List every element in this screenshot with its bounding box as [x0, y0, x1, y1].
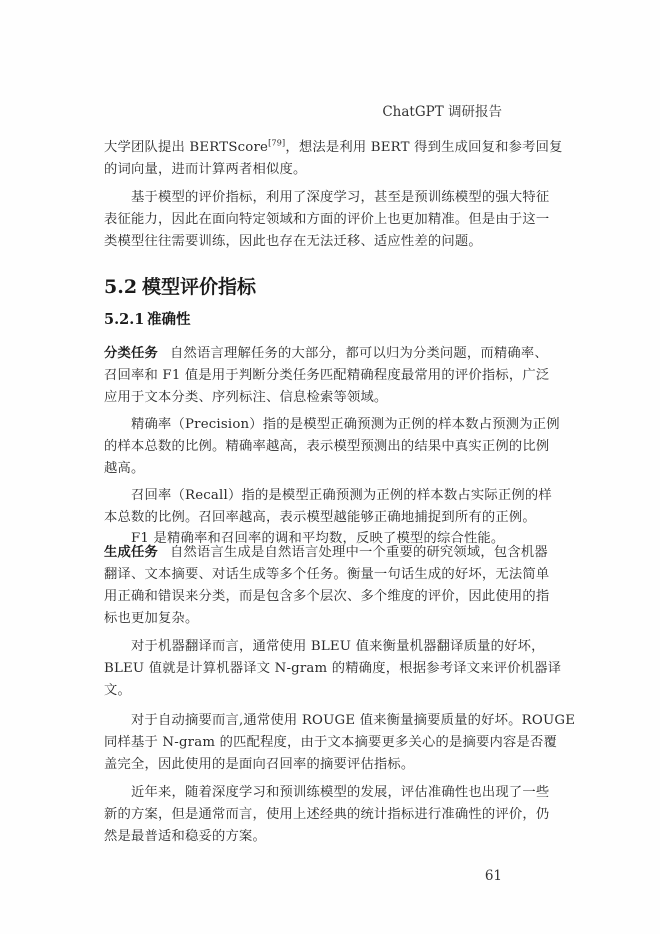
section-number: 5.2	[104, 276, 142, 298]
paragraph-label: 分类任务	[104, 346, 158, 361]
section-title: 模型评价指标	[142, 276, 256, 298]
text-span: 自然语言理解任务的大部分，都可以归为分类问题，而精确率、	[170, 346, 548, 361]
text-line: 对于机器翻译而言，通常使用 BLEU 值来衡量机器翻译质量的好坏，	[131, 638, 504, 656]
text-line: 基于模型的评价指标，利用了深度学习，甚至是预训练模型的强大特征	[131, 189, 504, 207]
page-number: 61	[485, 868, 502, 884]
text-line: 的词向量，进而计算两者相似度。	[104, 161, 504, 179]
text-line: 近年来，随着深度学习和预训练模型的发展，评估准确性也出现了一些	[131, 784, 504, 802]
text-line: 分类任务自然语言理解任务的大部分，都可以归为分类问题，而精确率、	[104, 345, 504, 363]
subsection-number: 5.2.1	[104, 311, 147, 328]
text-line: 盖完全，因此使用的是面向召回率的摘要评估指标。	[104, 756, 504, 774]
text-line: BLEU 值就是计算机器译文 N-gram 的精确度，根据参考译文来评价机器译	[104, 660, 504, 678]
text-span: 自然语言生成是自然语言处理中一个重要的研究领域，包含机器	[170, 545, 548, 560]
text-line: 大学团队提出 BERTScore[79]，想法是利用 BERT 得到生成回复和参…	[104, 139, 504, 157]
paragraph-label: 生成任务	[104, 545, 158, 560]
citation-ref[interactable]: [79]	[268, 139, 285, 148]
document-page: ChatGPT 调研报告 大学团队提出 BERTScore[79]，想法是利用 …	[0, 0, 660, 934]
section-heading: 5.2模型评价指标	[104, 272, 256, 299]
text-span: ，想法是利用 BERT 得到生成回复和参考回复	[285, 140, 562, 155]
text-line: 越高。	[104, 460, 504, 478]
text-line: 对于自动摘要而言,通常使用 ROUGE 值来衡量摘要质量的好坏。ROUGE	[131, 712, 504, 730]
text-line: 用正确和错误来分类，而是包含多个层次、多个维度的评价，因此使用的指	[104, 588, 504, 606]
subsection-heading: 5.2.1准确性	[104, 308, 191, 329]
text-line: 然是最普适和稳妥的方案。	[104, 828, 504, 846]
text-line: 精确率（Precision）指的是模型正确预测为正例的样本数占预测为正例	[131, 416, 504, 434]
text-line: 本总数的比例。召回率越高，表示模型越能够正确地捕捉到所有的正例。	[104, 509, 504, 527]
text-line: 表征能力，因此在面向特定领域和方面的评价上也更加精准。但是由于这一	[104, 211, 504, 229]
text-line: 召回率和 F1 值是用于判断分类任务匹配精确程度最常用的评价指标，广泛	[104, 367, 504, 385]
text-line: 同样基于 N-gram 的匹配程度，由于文本摘要更多关心的是摘要内容是否覆	[104, 734, 504, 752]
text-line: 标也更加复杂。	[104, 610, 504, 628]
running-header: ChatGPT 调研报告	[382, 100, 502, 120]
subsection-title: 准确性	[147, 311, 191, 328]
text-line: 生成任务自然语言生成是自然语言处理中一个重要的研究领域，包含机器	[104, 544, 504, 562]
text-line: 新的方案，但是通常而言，使用上述经典的统计指标进行准确性的评价，仍	[104, 806, 504, 824]
text-span: 大学团队提出 BERTScore	[104, 140, 268, 155]
text-line: 的样本总数的比例。精确率越高，表示模型预测出的结果中真实正例的比例	[104, 438, 504, 456]
text-line: 召回率（Recall）指的是模型正确预测为正例的样本数占实际正例的样	[131, 487, 504, 505]
text-line: 翻译、文本摘要、对话生成等多个任务。衡量一句话生成的好坏，无法简单	[104, 566, 504, 584]
text-line: 应用于文本分类、序列标注、信息检索等领域。	[104, 389, 504, 407]
text-line: 类模型往往需要训练，因此也存在无法迁移、适应性差的问题。	[104, 233, 504, 251]
text-line: 文。	[104, 682, 504, 700]
